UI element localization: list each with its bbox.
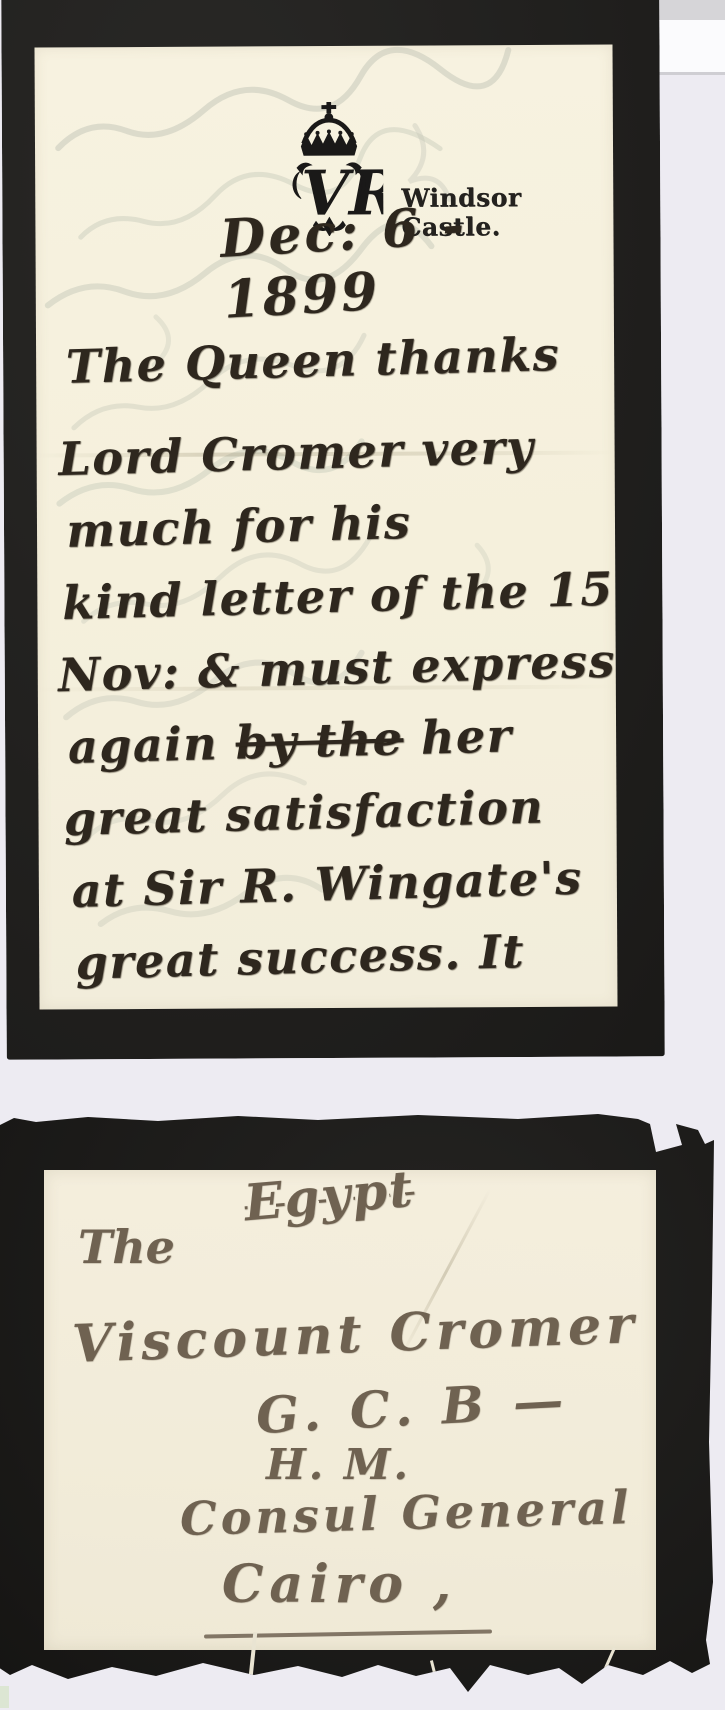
letter-line-segment: again: [67, 716, 236, 774]
envelope-address-line: The: [78, 1220, 175, 1274]
mourning-envelope-card: Egypt The Viscount Cromer G. C. B — H. M…: [0, 1112, 716, 1704]
underline-stroke: [204, 1629, 492, 1638]
letter-page: VR Windsor Castle. Dec: 6 - 1899 The Que…: [34, 45, 617, 1010]
letter-line: Lord Cromer very: [57, 409, 603, 495]
envelope-address-line: H. M.: [266, 1440, 411, 1489]
crown-icon: [301, 102, 358, 156]
tear-crack: [430, 1660, 441, 1694]
envelope-address-line: Consul General: [179, 1480, 633, 1546]
backing-sheet-edge: [654, 20, 725, 75]
scanner-shadow: [656, 0, 725, 22]
scanned-document: VR Windsor Castle. Dec: 6 - 1899 The Que…: [0, 0, 725, 1710]
letter-line: Nov: & must express: [57, 625, 609, 711]
letter-date: Dec: 6 - 1899: [218, 186, 616, 330]
envelope-address-line: Viscount Cromer: [71, 1294, 639, 1375]
letter-line: great success. It: [75, 913, 617, 999]
background-artifact: [0, 1686, 9, 1708]
letter-line-segment: her: [403, 708, 513, 765]
letter-line: at Sir R. Wingate's: [71, 841, 615, 927]
envelope-country-annotation: Egypt: [242, 1159, 417, 1233]
letter-line: The Queen thanks: [65, 317, 601, 403]
envelope-face: Egypt The Viscount Cromer G. C. B — H. M…: [44, 1170, 656, 1650]
mourning-letter-card: VR Windsor Castle. Dec: 6 - 1899 The Que…: [1, 0, 665, 1060]
tear-crack: [595, 1647, 616, 1688]
struck-through-words: by the: [235, 711, 404, 769]
letter-body: The Queen thanks Lord Cromer very much f…: [49, 317, 616, 999]
envelope-address-line: G. C. B —: [255, 1370, 571, 1445]
envelope-address-line: Cairo ,: [222, 1554, 457, 1615]
